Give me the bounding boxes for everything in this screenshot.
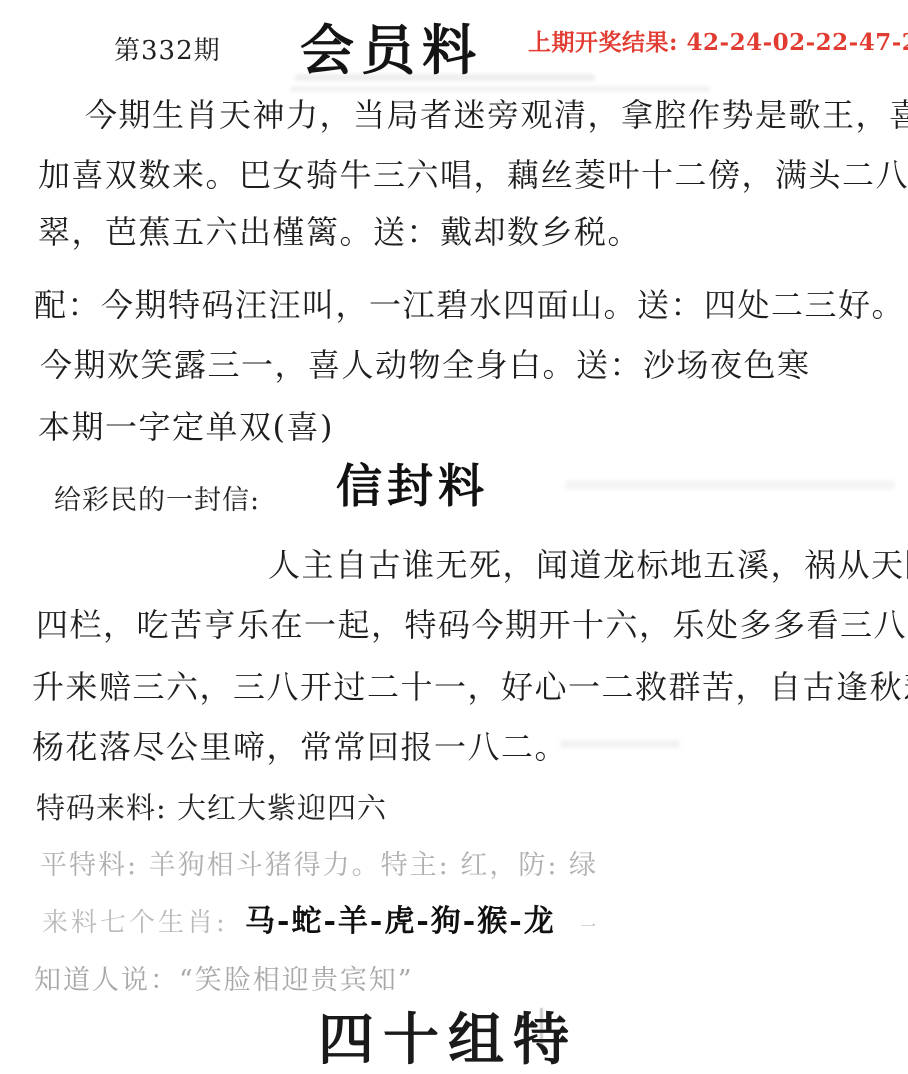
member-line: 加喜双数来。巴女骑牛三六唱，藕丝菱叶十二傍，满头二八珠间 <box>38 150 908 196</box>
member-line: 今期欢笑露三一，喜人动物全身白。送：沙场夜色寒 <box>40 340 811 386</box>
member-line: 今期生肖天神力，当局者迷旁观清，拿腔作势是歌王，喜上 <box>85 90 908 136</box>
scan-smudge <box>295 74 595 81</box>
faded-tip-line: 平特料: 羊狗相斗猪得力。特主: 红，防: 绿 <box>40 843 598 882</box>
member-line: 本期一字定单双(喜) <box>38 402 334 448</box>
last-result-numbers: 42-24-02-22-47-21+26 <box>687 29 908 56</box>
envelope-line: 杨花落尽公里啼，常常回报一八二。 <box>32 722 568 768</box>
footer-big-text: 四十组特 <box>318 996 578 1074</box>
scanned-tip-sheet: 第332期 会员料 上期开奖结果: 42-24-02-22-47-21+26 今… <box>0 0 908 1074</box>
last-result: 上期开奖结果: 42-24-02-22-47-21+26 <box>528 24 908 57</box>
zodiac-tip-suffix-mark: 一 <box>580 914 596 937</box>
scan-smudge <box>560 740 680 748</box>
envelope-line: 升来赔三六，三八开过二十一，好心一二救群苦，自古逢秋悲寂寞， <box>32 662 908 708</box>
member-line: 翠，芭蕉五六出槿篱。送：戴却数乡税。 <box>38 207 641 253</box>
member-line: 配：今期特码汪汪叫，一江碧水四面山。送：四处二三好。 <box>34 280 905 326</box>
special-code-tip: 特码来料: 大红大紫迎四六 <box>36 786 387 827</box>
envelope-line: 人主自古谁无死，闻道龙标地五溪，祸从天降一 <box>268 540 908 586</box>
envelope-line: 四栏，吃苦亨乐在一起，特码今期开十六，乐处多多看三八，一七 <box>36 600 908 646</box>
scan-smudge <box>565 480 895 490</box>
envelope-intro-label: 给彩民的一封信: <box>54 478 260 517</box>
zodiac-tip-values: 马-蛇-羊-虎-狗-猴-龙 <box>245 896 556 940</box>
last-result-label: 上期开奖结果: <box>528 29 678 56</box>
zodiac-tip-label: 来料七个生肖: <box>42 902 228 939</box>
envelope-title: 信封料 <box>336 450 489 516</box>
issue-number: 第332期 <box>114 30 221 67</box>
quote-tip-line: 知道人说：“笑脸相迎贵宾知” <box>34 958 414 997</box>
scan-ink-mark <box>540 1008 543 1046</box>
